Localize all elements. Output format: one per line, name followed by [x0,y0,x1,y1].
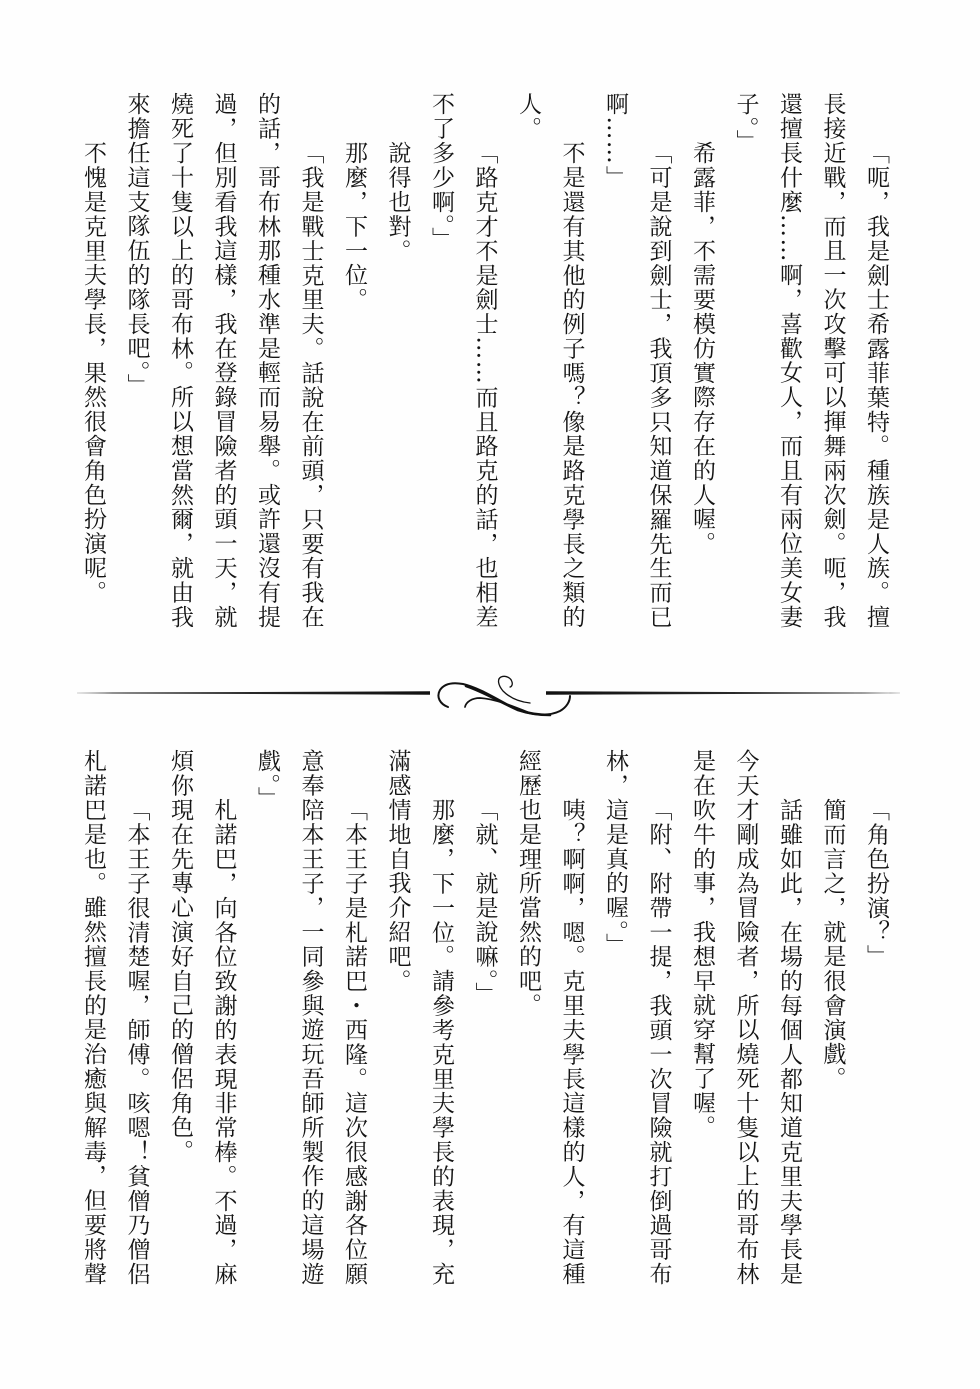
text-column: 「我是戰士克里夫。話說在前頭，只要有我在 [288,92,332,629]
text-column: 長接近戰，而且一次攻擊可以揮舞兩次劍。呃，我 [810,92,854,629]
paragraph-narration: 不是還有其他的例子嗎？像是路克學長之類的 人。 [506,92,593,629]
text-column: 「就、就是說嘛。」 [462,749,506,1286]
paragraph-dialogue: 「呃，我是劍士希露菲葉特。種族是人族。擅 長接近戰，而且一次攻擊可以揮舞兩次劍。… [723,92,897,629]
paragraph-narration: 希露菲，不需要模仿實際存在的人喔。 [680,92,724,629]
text-column: 咦？啊啊，嗯。克里夫學長這樣的人，有這種 [549,749,593,1286]
text-column: 還擅長什麼……啊，喜歡女人，而且有兩位美女妻 [767,92,811,629]
paragraph-narration: 話雖如此，在場的每個人都知道克里夫學長是 今天才剛成為冒險者，所以燒死十隻以上的… [680,749,811,1286]
text-column: 「角色扮演？」 [854,749,898,1286]
text-column: 燒死了十隻以上的哥布林。所以想當然爾，就由我 [158,92,202,629]
text-column: 來擔任這支隊伍的隊長吧。」 [114,92,158,629]
text-column: 林，這是真的喔。」 [593,749,637,1286]
paragraph-dialogue: 「本王子是札諾巴・西隆。這次很感謝各位願 意奉陪本王子，一同參與遊玩吾師所製作的… [245,749,376,1286]
text-column: 不愧是克里夫學長，果然很會角色扮演呢。 [71,92,115,629]
paragraph-dialogue: 「附、附帶一提，我頭一次冒險就打倒過哥布 林，這是真的喔。」 [593,749,680,1286]
text-column: 那麼，下一位。 [332,92,376,629]
text-column: 說得也對。 [375,92,419,629]
text-column: 「本王子很清楚喔，師傅。咳嗯！貧僧乃僧侶 [114,749,158,1286]
paragraph-dialogue: 「我是戰士克里夫。話說在前頭，只要有我在 的話，哥布林那種水準是輕而易舉。或許還… [114,92,332,629]
paragraph-narration: 咦？啊啊，嗯。克里夫學長這樣的人，有這種 經歷也是理所當然的吧。 [506,749,593,1286]
paragraph-narration: 那麼，下一位。請參考克里夫學長的表現，充 滿感情地自我介紹吧。 [375,749,462,1286]
text-column: 的話，哥布林那種水準是輕而易舉。或許還沒有提 [245,92,289,629]
paragraph-dialogue: 「角色扮演？」 [854,749,898,1286]
paragraph-dialogue: 「本王子很清楚喔，師傅。咳嗯！貧僧乃僧侶 札諾巴是也。雖然擅長的是治癒與解毒，但… [71,749,158,1286]
paragraph-narration: 說得也對。 [375,92,419,629]
text-column: 經歷也是理所當然的吧。 [506,749,550,1286]
text-column: 希露菲，不需要模仿實際存在的人喔。 [680,92,724,629]
text-column: 札諾巴，向各位致謝的表現非常棒。不過，麻 [201,749,245,1286]
text-column: 過，但別看我這樣，我在登錄冒險者的頭一天，就 [201,92,245,629]
top-text-section: 「呃，我是劍士希露菲葉特。種族是人族。擅 長接近戰，而且一次攻擊可以揮舞兩次劍。… [70,92,897,629]
text-column: 簡而言之，就是很會演戲。 [810,749,854,1286]
text-column: 話雖如此，在場的每個人都知道克里夫學長是 [767,749,811,1286]
text-column: 是在吹牛的事，我想早就穿幫了喔。 [680,749,724,1286]
text-column: 「可是說到劍士，我頂多只知道保羅先生而已 [636,92,680,629]
text-column: 「路克才不是劍士……而且路克的話，也相差 [462,92,506,629]
text-column: 子。」 [723,92,767,629]
text-column: 不是還有其他的例子嗎？像是路克學長之類的 [549,92,593,629]
text-column: 不了多少啊。」 [419,92,463,629]
book-page: 「呃，我是劍士希露菲葉特。種族是人族。擅 長接近戰，而且一次攻擊可以揮舞兩次劍。… [0,0,980,1389]
bottom-text-section: 「角色扮演？」 簡而言之，就是很會演戲。 話雖如此，在場的每個人都知道克里夫學長… [70,749,897,1286]
paragraph-narration: 不愧是克里夫學長，果然很會角色扮演呢。 [71,92,115,629]
text-column: 「附、附帶一提，我頭一次冒險就打倒過哥布 [636,749,680,1286]
text-column: 「呃，我是劍士希露菲葉特。種族是人族。擅 [854,92,898,629]
ornamental-divider-icon [0,660,980,720]
paragraph-narration: 那麼，下一位。 [332,92,376,629]
paragraph-dialogue: 「可是說到劍士，我頂多只知道保羅先生而已 啊……」 [593,92,680,629]
paragraph-dialogue: 「就、就是說嘛。」 [462,749,506,1286]
text-column: 人。 [506,92,550,629]
paragraph-narration: 札諾巴，向各位致謝的表現非常棒。不過，麻 煩你現在先專心演好自己的僧侶角色。 [158,749,245,1286]
text-column: 今天才剛成為冒險者，所以燒死十隻以上的哥布林 [723,749,767,1286]
paragraph-dialogue: 「路克才不是劍士……而且路克的話，也相差 不了多少啊。」 [419,92,506,629]
text-column: 意奉陪本王子，一同參與遊玩吾師所製作的這場遊 [288,749,332,1286]
paragraph-narration: 簡而言之，就是很會演戲。 [810,749,854,1286]
text-column: 啊……」 [593,92,637,629]
text-column: 戲。」 [245,749,289,1286]
text-column: 「本王子是札諾巴・西隆。這次很感謝各位願 [332,749,376,1286]
text-column: 那麼，下一位。請參考克里夫學長的表現，充 [419,749,463,1286]
text-column: 札諾巴是也。雖然擅長的是治癒與解毒，但要將聲 [71,749,115,1286]
text-column: 滿感情地自我介紹吧。 [375,749,419,1286]
text-column: 煩你現在先專心演好自己的僧侶角色。 [158,749,202,1286]
